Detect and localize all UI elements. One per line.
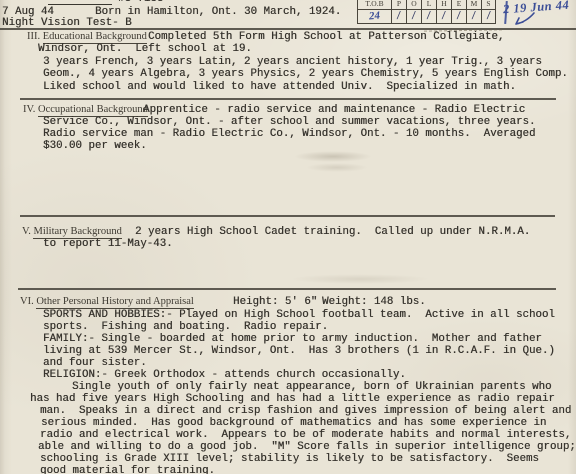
personal-line: schooling is Grade XIII level; stability… <box>40 454 539 465</box>
section-numeral: V. <box>22 226 31 237</box>
grid-header-p: P <box>391 0 406 10</box>
section-educational-heading: III. Educational Background <box>27 31 147 42</box>
clipped-underline <box>48 4 112 5</box>
tick-mark: / <box>427 10 432 22</box>
tick-mark: / <box>457 10 462 22</box>
personal-line: and four sister. <box>43 358 147 369</box>
personal-line: FAMILY:- Single - boarded at home prior … <box>43 334 542 345</box>
grid-header-o: O <box>406 0 421 10</box>
section-numeral: VI. <box>20 296 34 307</box>
tick-mark: / <box>472 10 477 22</box>
grid-header-e: E <box>451 0 466 10</box>
pencil-smudge <box>290 274 430 284</box>
section-rule <box>18 288 556 290</box>
clipped-text: #3-7155 <box>118 0 188 5</box>
occupational-line: Service Co., Windsor, Ont. - after schoo… <box>43 117 535 128</box>
tick-mark: / <box>486 10 491 22</box>
personal-line: man. Speaks in a direct and crisp fashio… <box>40 406 571 417</box>
section-occupational-heading: IV. Occupational Background <box>23 104 148 115</box>
grid-header-s: S <box>481 0 496 10</box>
personal-line: able and willing to do a good job. "M" S… <box>38 442 576 453</box>
personnel-record-document: #3-7155 7 Aug 44 Born in Hamilton, Ont. … <box>0 0 576 474</box>
military-line: to report 11-May-43. <box>43 239 173 250</box>
grid-header-m: M <box>466 0 481 10</box>
educational-line: Windsor, Ont. Left school at 19. <box>38 44 252 55</box>
grid-header-l: L <box>421 0 436 10</box>
educational-line: 3 years French, 3 years Latin, 2 years a… <box>43 57 542 68</box>
score-grid: T.O.B P O L H E M S 24 / / / / / / / <box>357 0 496 24</box>
tick-mark: / <box>397 10 402 22</box>
educational-line: Liked school and would liked to have att… <box>43 82 516 93</box>
personal-line: has had five years High Schooling and ha… <box>30 394 555 405</box>
personal-line: Single youth of only fairly neat appeara… <box>72 382 551 393</box>
personal-line: living at 539 Mercer St., Windsor, Ont. … <box>43 346 555 357</box>
occupational-line: $30.00 per week. <box>43 141 147 152</box>
score-grid-data-row: 24 / / / / / / / <box>357 10 496 24</box>
grid-header-tob: T.O.B <box>357 0 391 10</box>
tick-mark: / <box>442 10 447 22</box>
military-line: 2 years High School Cadet training. Call… <box>135 227 530 238</box>
personal-line: good material for training. <box>40 466 215 474</box>
personal-line: serious minded. Has good background of m… <box>41 418 546 429</box>
grid-header-h: H <box>436 0 451 10</box>
educational-line: Geom., 4 years Algebra, 3 years Physics,… <box>43 69 568 80</box>
occupational-line: Apprentice - radio service and maintenan… <box>143 105 525 116</box>
section-military-heading: V. Military Background <box>22 226 122 237</box>
personal-line: radio and electrical work. Appears to be… <box>40 430 571 441</box>
handwritten-score: 24 <box>368 10 380 23</box>
pencil-smudge <box>294 151 372 162</box>
section-title: Other Personal History and Appraisal <box>36 296 193 309</box>
section-rule <box>20 215 555 217</box>
section-personal-heading: VI. Other Personal History and Appraisal <box>20 296 194 307</box>
section-rule <box>20 98 556 100</box>
occupational-line: Radio service man - Radio Electric Co., … <box>43 129 535 140</box>
down-left-arrow-icon <box>512 11 538 29</box>
personal-line: SPORTS AND HOBBIES:- Played on High Scho… <box>43 310 555 321</box>
section-numeral: IV. <box>23 104 35 115</box>
personal-line: sports. Fishing and boating. Radio repai… <box>43 322 328 333</box>
score-grid-header-row: T.O.B P O L H E M S <box>357 0 496 10</box>
tick-mark: / <box>412 10 417 22</box>
section-numeral: III. <box>27 31 40 42</box>
pencil-smudge <box>306 163 368 172</box>
height-value: Height: 5' 6" <box>233 297 317 308</box>
personal-line: RELIGION:- Greek Orthodox - attends chur… <box>43 370 406 381</box>
educational-line: Completed 5th Form High School at Patter… <box>148 32 504 43</box>
weight-value: Weight: 148 lbs. <box>322 297 426 308</box>
